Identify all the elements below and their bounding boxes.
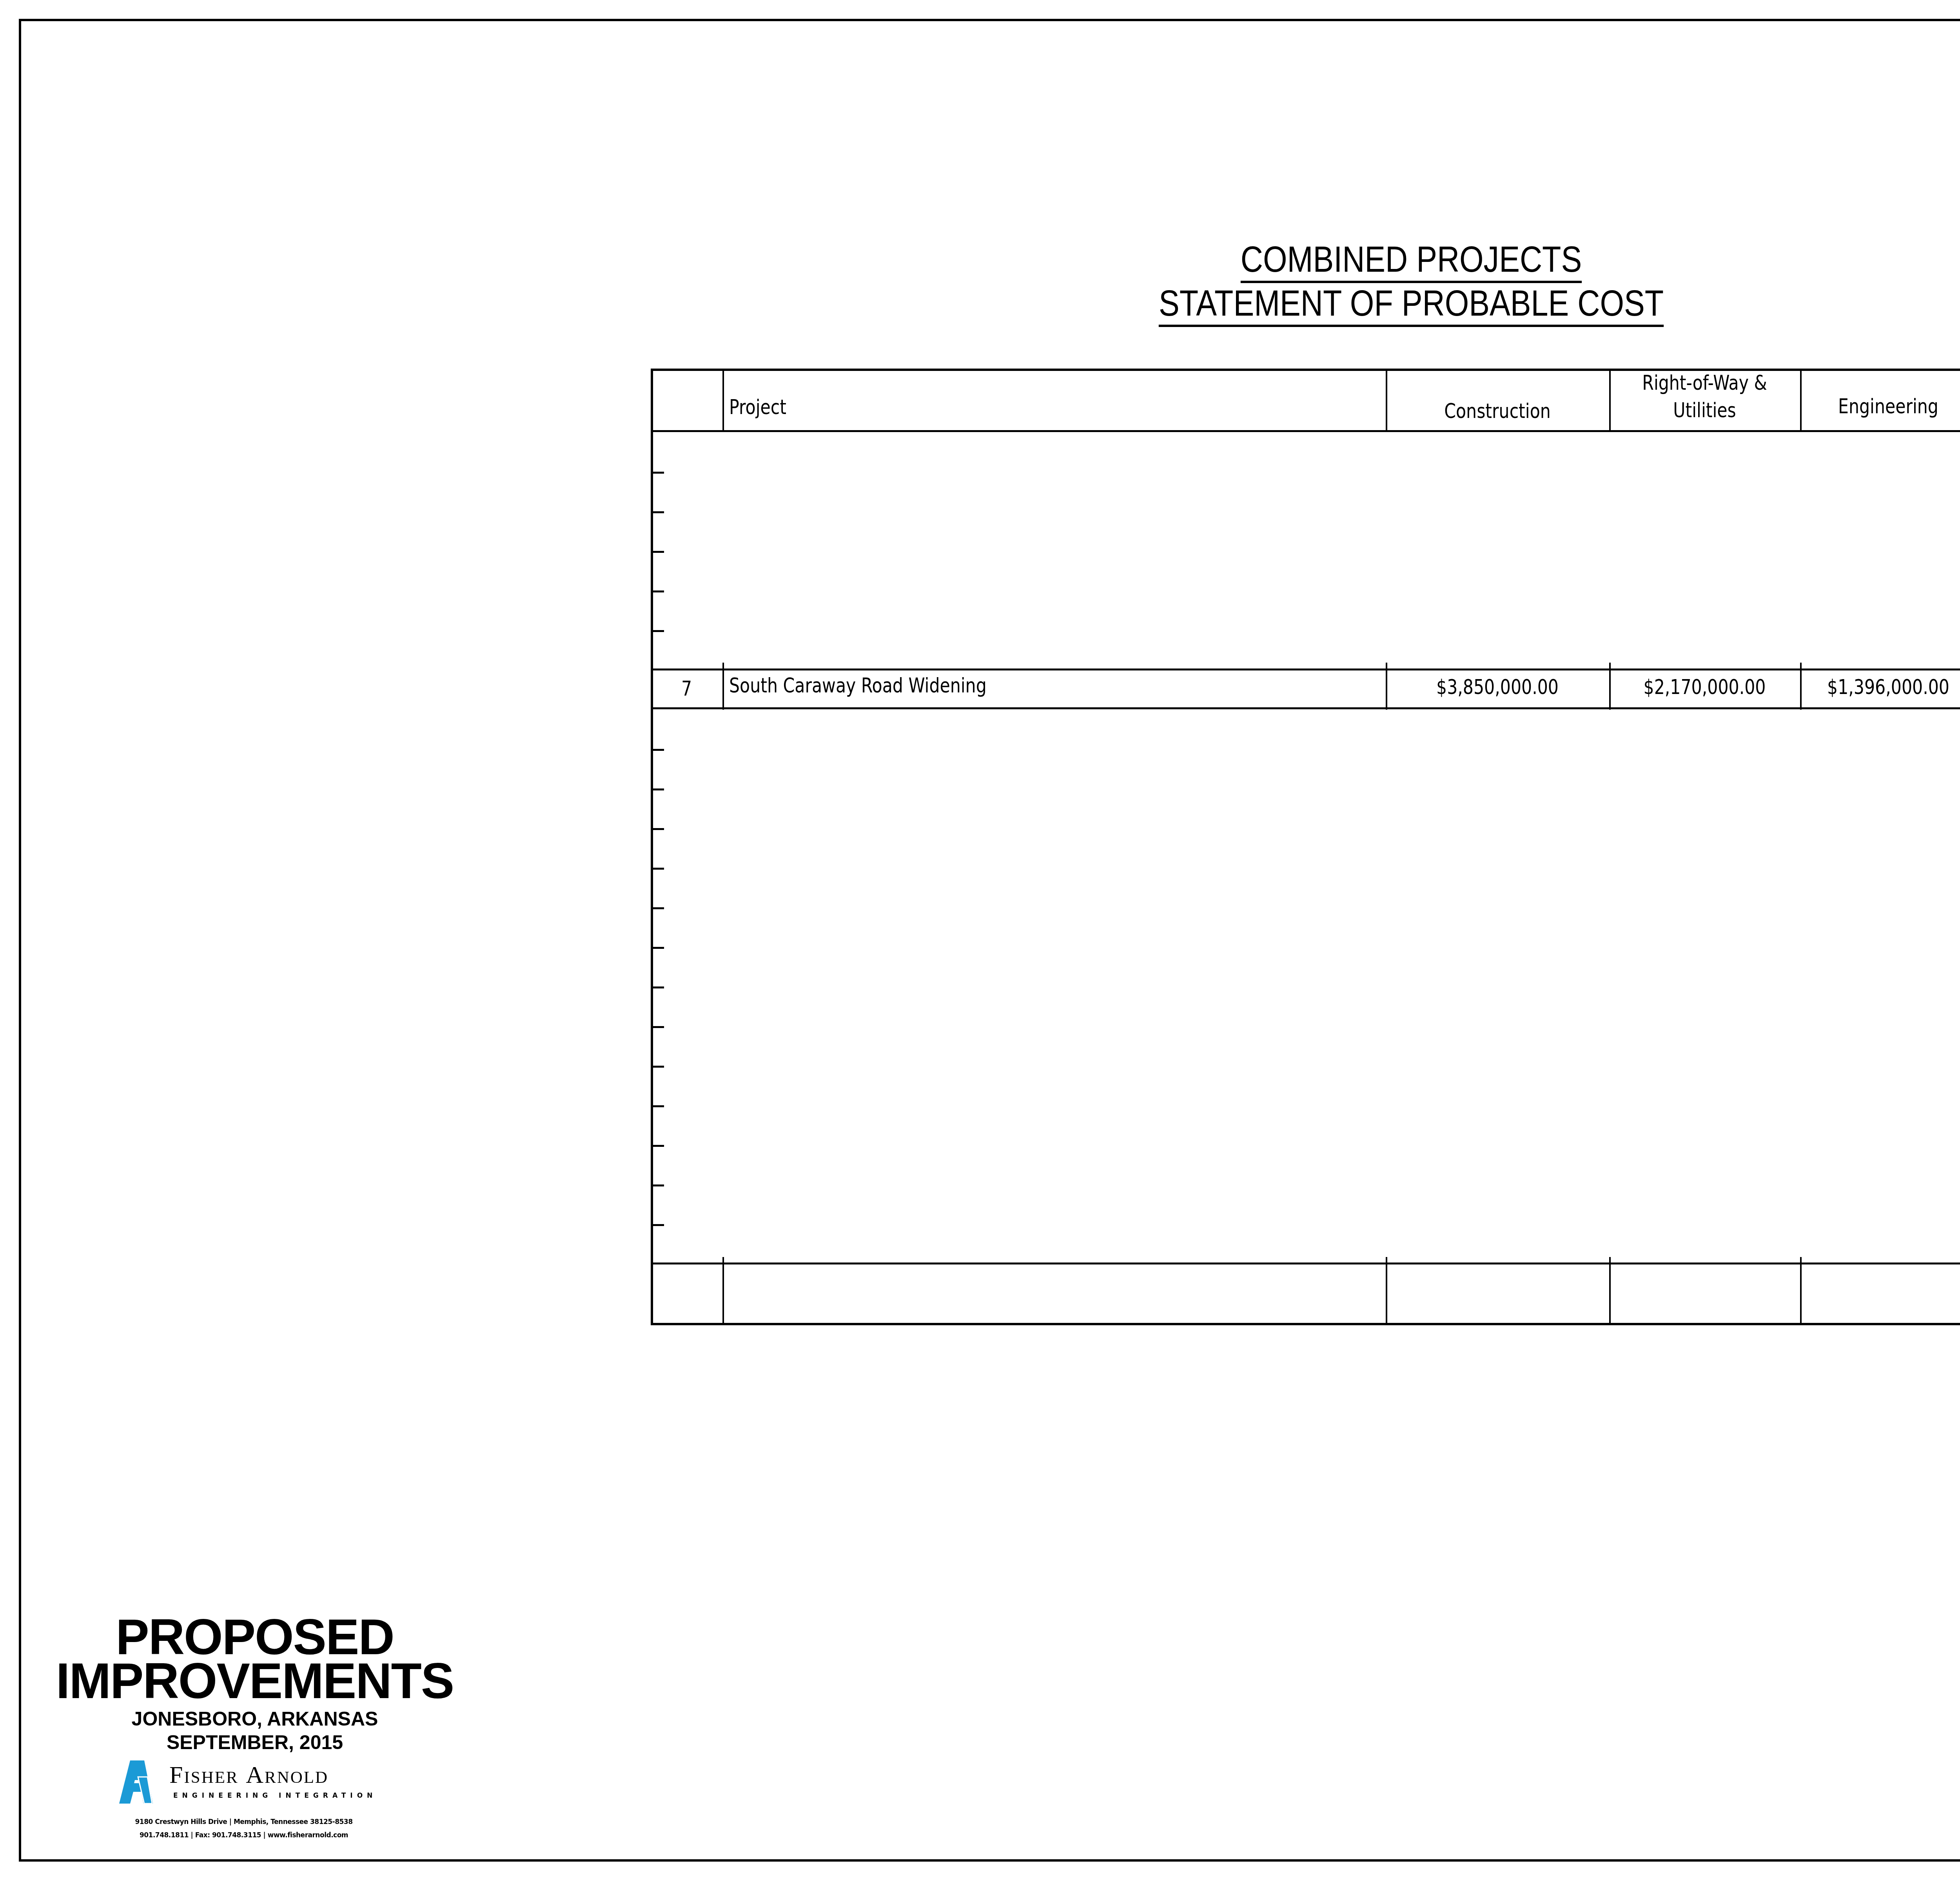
firm-name-last: Arnold	[246, 1762, 328, 1788]
row-tick-mark	[653, 1066, 664, 1068]
row-tick-mark	[653, 749, 664, 751]
row-tick-mark	[653, 788, 664, 790]
row-tick-mark	[653, 472, 664, 474]
firm-address: 9180 Crestwyn Hills Drive | Memphis, Ten…	[114, 1818, 373, 1826]
table-border-bottom	[651, 1323, 1960, 1325]
title-block-date: SEPTEMBER, 2015	[43, 1731, 466, 1754]
title-block-line-2: IMPROVEMENTS	[43, 1659, 466, 1703]
cost-table: Project Construction Right-of-Way & Util…	[651, 369, 1960, 1325]
row-tick-mark	[653, 630, 664, 632]
column-divider	[722, 369, 724, 432]
row-tick-mark	[653, 511, 664, 513]
column-divider	[1386, 663, 1387, 710]
title-line-2: STATEMENT OF PROBABLE COST	[1159, 284, 1664, 327]
row-construction: $3,850,000.00	[1406, 675, 1589, 699]
row-tick-mark	[653, 1224, 664, 1226]
header-engineering: Engineering	[1816, 394, 1960, 419]
row-divider-bottom	[651, 707, 1960, 709]
row-project: South Caraway Road Widening	[729, 674, 987, 698]
column-divider	[1609, 369, 1611, 432]
row-tick-mark	[653, 1184, 664, 1186]
column-divider	[1800, 1257, 1802, 1325]
header-divider	[651, 430, 1960, 432]
title-block: PROPOSED IMPROVEMENTS JONESBORO, ARKANSA…	[43, 1615, 466, 1754]
header-row-utilities-line2: Utilities	[1626, 398, 1783, 423]
row-tick-mark	[653, 590, 664, 592]
title-line-1: COMBINED PROJECTS	[1241, 240, 1582, 283]
row-divider-top	[651, 669, 1960, 670]
document-subtitle: STATEMENT OF PROBABLE COST	[198, 284, 1960, 327]
column-divider	[1609, 1257, 1611, 1325]
firm-logo: Fisher Arnold ENGINEERING INTEGRATION	[114, 1760, 373, 1811]
header-row-utilities-line1: Right-of-Way &	[1626, 371, 1783, 395]
row-tick-mark	[653, 551, 664, 553]
row-tick-mark	[653, 1105, 664, 1107]
fisher-arnold-fa-logo-icon	[114, 1760, 162, 1804]
row-tick-mark	[653, 907, 664, 909]
column-divider	[1609, 663, 1611, 710]
firm-name-first: Fisher	[169, 1762, 239, 1788]
document-title: COMBINED PROJECTS	[198, 240, 1960, 283]
column-divider	[1386, 1257, 1387, 1325]
title-block-location: JONESBORO, ARKANSAS	[43, 1707, 466, 1731]
firm-tagline: ENGINEERING INTEGRATION	[173, 1792, 377, 1800]
row-engineering: $1,396,000.00	[1816, 675, 1960, 699]
row-tick-mark	[653, 1026, 664, 1028]
footer-divider	[651, 1263, 1960, 1264]
row-tick-mark	[653, 828, 664, 830]
row-tick-mark	[653, 986, 664, 988]
row-row-utilities: $2,170,000.00	[1626, 675, 1783, 699]
column-divider	[1800, 369, 1802, 432]
firm-contact: 901.748.1811 | Fax: 901.748.3115 | www.f…	[114, 1831, 373, 1840]
header-project: Project	[729, 395, 786, 420]
row-number: 7	[657, 677, 716, 701]
firm-name: Fisher Arnold	[169, 1763, 328, 1787]
row-tick-mark	[653, 868, 664, 870]
row-tick-mark	[653, 947, 664, 949]
column-divider	[1386, 369, 1387, 432]
column-divider	[722, 1257, 724, 1325]
row-tick-mark	[653, 1145, 664, 1147]
column-divider	[1800, 663, 1802, 710]
column-divider	[722, 663, 724, 710]
header-construction: Construction	[1406, 399, 1589, 423]
